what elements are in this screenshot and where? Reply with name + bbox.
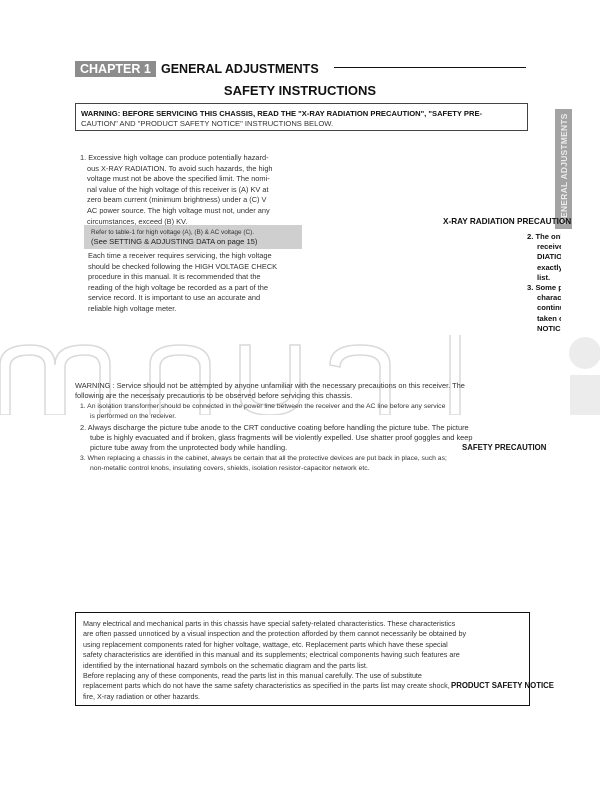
warning-box: WARNING: BEFORE SERVICING THIS CHASSIS, …: [75, 103, 528, 131]
xray-item-1: 1. Excessive high voltage can produce po…: [80, 153, 280, 227]
xray-item-1-line: zero beam current (minimum brightness) u…: [80, 195, 280, 206]
xray-right-column-line: characterist: [527, 293, 561, 303]
xray-paragraph-line: reliable high voltage meter.: [88, 304, 288, 315]
xray-right-column-line: 2. The only sou: [527, 232, 561, 242]
refer-note-box: Refer to table-1 for high voltage (A), (…: [84, 225, 302, 249]
xray-right-column-line: NOTICE bel: [527, 324, 561, 332]
page-title: SAFETY INSTRUCTIONS: [0, 83, 600, 98]
xray-paragraph-line: procedure in this manual. It is recommen…: [88, 272, 288, 283]
xray-paragraph-line: Each time a receiver requires servicing,…: [88, 251, 288, 262]
xray-item-1-line: ous X-RAY RADIATION. To avoid such hazar…: [80, 164, 280, 175]
safety-precaution-heading: SAFETY PRECAUTION: [462, 443, 546, 452]
header-rule: [334, 67, 526, 68]
notice-line: are often passed unnoticed by a visual i…: [83, 629, 529, 639]
xray-paragraph: Each time a receiver requires servicing,…: [88, 251, 288, 315]
safety-precaution-section: WARNING : Service should not be attempte…: [75, 381, 545, 475]
safety-item-line: is performed on the receiver.: [80, 412, 545, 422]
side-tab: GENERAL ADJUSTMENTS: [555, 109, 572, 229]
notice-line: identified by the international hazard s…: [83, 661, 529, 671]
notice-line: safety characteristics are identified in…: [83, 650, 529, 660]
xray-right-column-line: continued s: [527, 303, 561, 313]
xray-right-column-line: DIATION pr: [527, 252, 561, 262]
safety-item-line: 2. Always discharge the picture tube ano…: [80, 423, 545, 433]
product-safety-notice-box: Many electrical and mechanical parts in …: [75, 612, 530, 706]
xray-right-column: 2. The only soureceiver is tDIATION prex…: [527, 232, 561, 332]
xray-paragraph-line: should be checked following the HIGH VOL…: [88, 262, 288, 273]
safety-lead-line: following are the necessary precautions …: [75, 391, 545, 401]
xray-paragraph-line: service record. It is important to use a…: [88, 293, 288, 304]
safety-item-line: tube is highly evacuated and if broken, …: [80, 433, 545, 443]
notice-line: Many electrical and mechanical parts in …: [83, 619, 529, 629]
xray-item-1-line: AC power source. The high voltage must n…: [80, 206, 280, 217]
refer-note-page-link: (See SETTING & ADJUSTING DATA on page 15…: [91, 237, 302, 246]
xray-right-column-line: list.: [527, 273, 561, 283]
xray-heading: X-RAY RADIATION PRECAUTION: [443, 217, 571, 226]
chapter-badge: CHAPTER 1: [75, 61, 156, 77]
safety-item-line: non-metallic control knobs, insulating c…: [80, 464, 545, 474]
xray-right-column-line: 3. Some part i: [527, 283, 561, 293]
safety-item-line: 3. When replacing a chassis in the cabin…: [80, 454, 545, 464]
xray-right-column-line: exactly the: [527, 263, 561, 273]
warning-text: CAUTION" AND "PRODUCT SAFETY NOTICE" INS…: [81, 119, 522, 129]
safety-item-line: 1. An isolation transformer should be co…: [80, 402, 545, 412]
chapter-title: GENERAL ADJUSTMENTS: [161, 61, 319, 77]
xray-item-1-line: nal value of the high voltage of this re…: [80, 185, 280, 196]
side-tab-label: GENERAL ADJUSTMENTS: [559, 113, 569, 224]
xray-item-1-line: voltage must not be above the specified …: [80, 174, 280, 185]
xray-paragraph-line: reading of the high voltage be recorded …: [88, 283, 288, 294]
notice-line: Before replacing any of these components…: [83, 671, 529, 681]
safety-item-3: 3. When replacing a chassis in the cabin…: [75, 454, 545, 475]
refer-note-line: Refer to table-1 for high voltage (A), (…: [91, 228, 302, 237]
safety-item-1: 1. An isolation transformer should be co…: [75, 402, 545, 423]
notice-line: using replacement components rated for h…: [83, 640, 529, 650]
warning-text-bold: WARNING: BEFORE SERVICING THIS CHASSIS, …: [81, 109, 522, 119]
xray-item-1-first-line: 1. Excessive high voltage can produce po…: [80, 153, 280, 164]
safety-lead-line: WARNING : Service should not be attempte…: [75, 381, 545, 391]
product-safety-notice-heading: PRODUCT SAFETY NOTICE: [451, 681, 554, 690]
xray-right-column-line: receiver is t: [527, 242, 561, 252]
xray-right-column-line: taken only a: [527, 314, 561, 324]
notice-line: fire, X-ray radiation or other hazards.: [83, 692, 529, 702]
